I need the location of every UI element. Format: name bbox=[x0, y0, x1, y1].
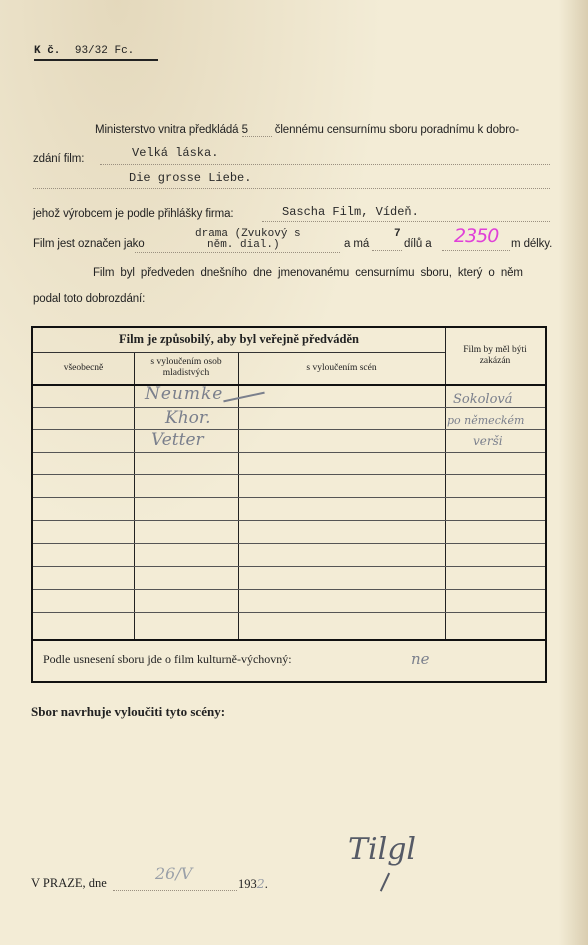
group-header: Film je způsobilý, aby byl veřejně předv… bbox=[33, 332, 445, 346]
handwritten-banned-3: verši bbox=[473, 434, 503, 448]
year-suffix: 2 bbox=[257, 876, 265, 891]
scenes-heading: Sbor navrhuje vyloučiti tyto scény: bbox=[31, 704, 225, 720]
date-value: 26/V bbox=[155, 864, 192, 883]
place-label: V PRAZE, dne bbox=[31, 876, 107, 891]
designation-value-2: něm. dial.) bbox=[207, 239, 280, 251]
column-header-youth: s vyloučením osob mladistvých bbox=[134, 357, 238, 379]
signature-stroke bbox=[380, 873, 390, 892]
length-suffix: m délky. bbox=[511, 238, 552, 250]
handwritten-youth-1: Neumke bbox=[145, 384, 223, 404]
row-line bbox=[33, 429, 545, 430]
column-header-banned: Film by měl býti zakázán bbox=[445, 345, 545, 367]
film-title-cz: Velká láska. bbox=[132, 146, 218, 160]
ref-label: K č. bbox=[34, 45, 60, 57]
header-bottom bbox=[33, 384, 545, 386]
year: 1932. bbox=[238, 876, 268, 892]
members-count: 5 bbox=[242, 124, 272, 137]
designation-line: drama (Zvukový s něm. dial.) bbox=[135, 232, 340, 253]
date-line: 26/V bbox=[113, 876, 237, 891]
row-line bbox=[33, 407, 545, 408]
header-divider bbox=[33, 352, 445, 353]
intro-line-1: Ministerstvo vnitra předkládá 5 člennému… bbox=[95, 124, 519, 137]
column-header-general: všeobecně bbox=[33, 363, 134, 374]
handwritten-stroke bbox=[223, 392, 264, 403]
signature: Tilgl bbox=[348, 832, 416, 867]
intro-line-2-label: zdání film: bbox=[33, 153, 84, 165]
ref-number: 93/32 Fc. bbox=[75, 45, 134, 57]
producer-line: Sascha Film, Vídeň. bbox=[262, 203, 550, 222]
screening-line-2: podal toto dobrozdání: bbox=[33, 293, 145, 305]
cultural-educational-value: ne bbox=[411, 650, 430, 668]
assessment-table: Film je způsobilý, aby byl veřejně předv… bbox=[31, 326, 547, 683]
row-line bbox=[33, 452, 545, 453]
cultural-educational-label: Podle usnesení sboru jde o film kulturně… bbox=[43, 652, 292, 667]
row-line bbox=[33, 474, 545, 475]
parts-line: 7 bbox=[372, 236, 402, 251]
parts-suffix: dílů a bbox=[404, 238, 432, 250]
film-title-cz-line: Velká láska. bbox=[100, 144, 550, 165]
length-line: 2350 bbox=[442, 234, 510, 251]
row-line bbox=[33, 566, 545, 567]
screening-line-1: Film byl předveden dnešního dne jmenovan… bbox=[93, 267, 551, 279]
producer-label: jehož výrobcem je podle přihlášky firma: bbox=[33, 208, 234, 220]
handwritten-banned-2: po německém bbox=[447, 414, 524, 427]
handwritten-banned-1: Sokolová bbox=[453, 392, 513, 407]
parts-count: 7 bbox=[394, 228, 401, 240]
row-line bbox=[33, 497, 545, 498]
producer-value: Sascha Film, Vídeň. bbox=[282, 205, 419, 219]
parts-prefix: a má bbox=[344, 238, 369, 250]
length-value: 2350 bbox=[454, 225, 498, 247]
reference-number: K č. 93/32 Fc. bbox=[34, 40, 158, 61]
footer-divider bbox=[33, 639, 545, 641]
row-line bbox=[33, 543, 545, 544]
col-divider-3 bbox=[445, 328, 446, 640]
designation-label: Film jest označen jako bbox=[33, 238, 145, 250]
row-line bbox=[33, 589, 545, 590]
handwritten-youth-3: Vetter bbox=[151, 430, 204, 450]
col-divider-2 bbox=[238, 352, 239, 640]
handwritten-youth-2: Khor. bbox=[165, 408, 211, 428]
column-header-scenes: s vyloučením scén bbox=[238, 363, 445, 374]
col-divider-1 bbox=[134, 352, 135, 640]
film-title-de-line: Die grosse Liebe. bbox=[33, 168, 550, 189]
film-title-de: Die grosse Liebe. bbox=[129, 171, 251, 185]
row-line bbox=[33, 520, 545, 521]
row-line bbox=[33, 612, 545, 613]
